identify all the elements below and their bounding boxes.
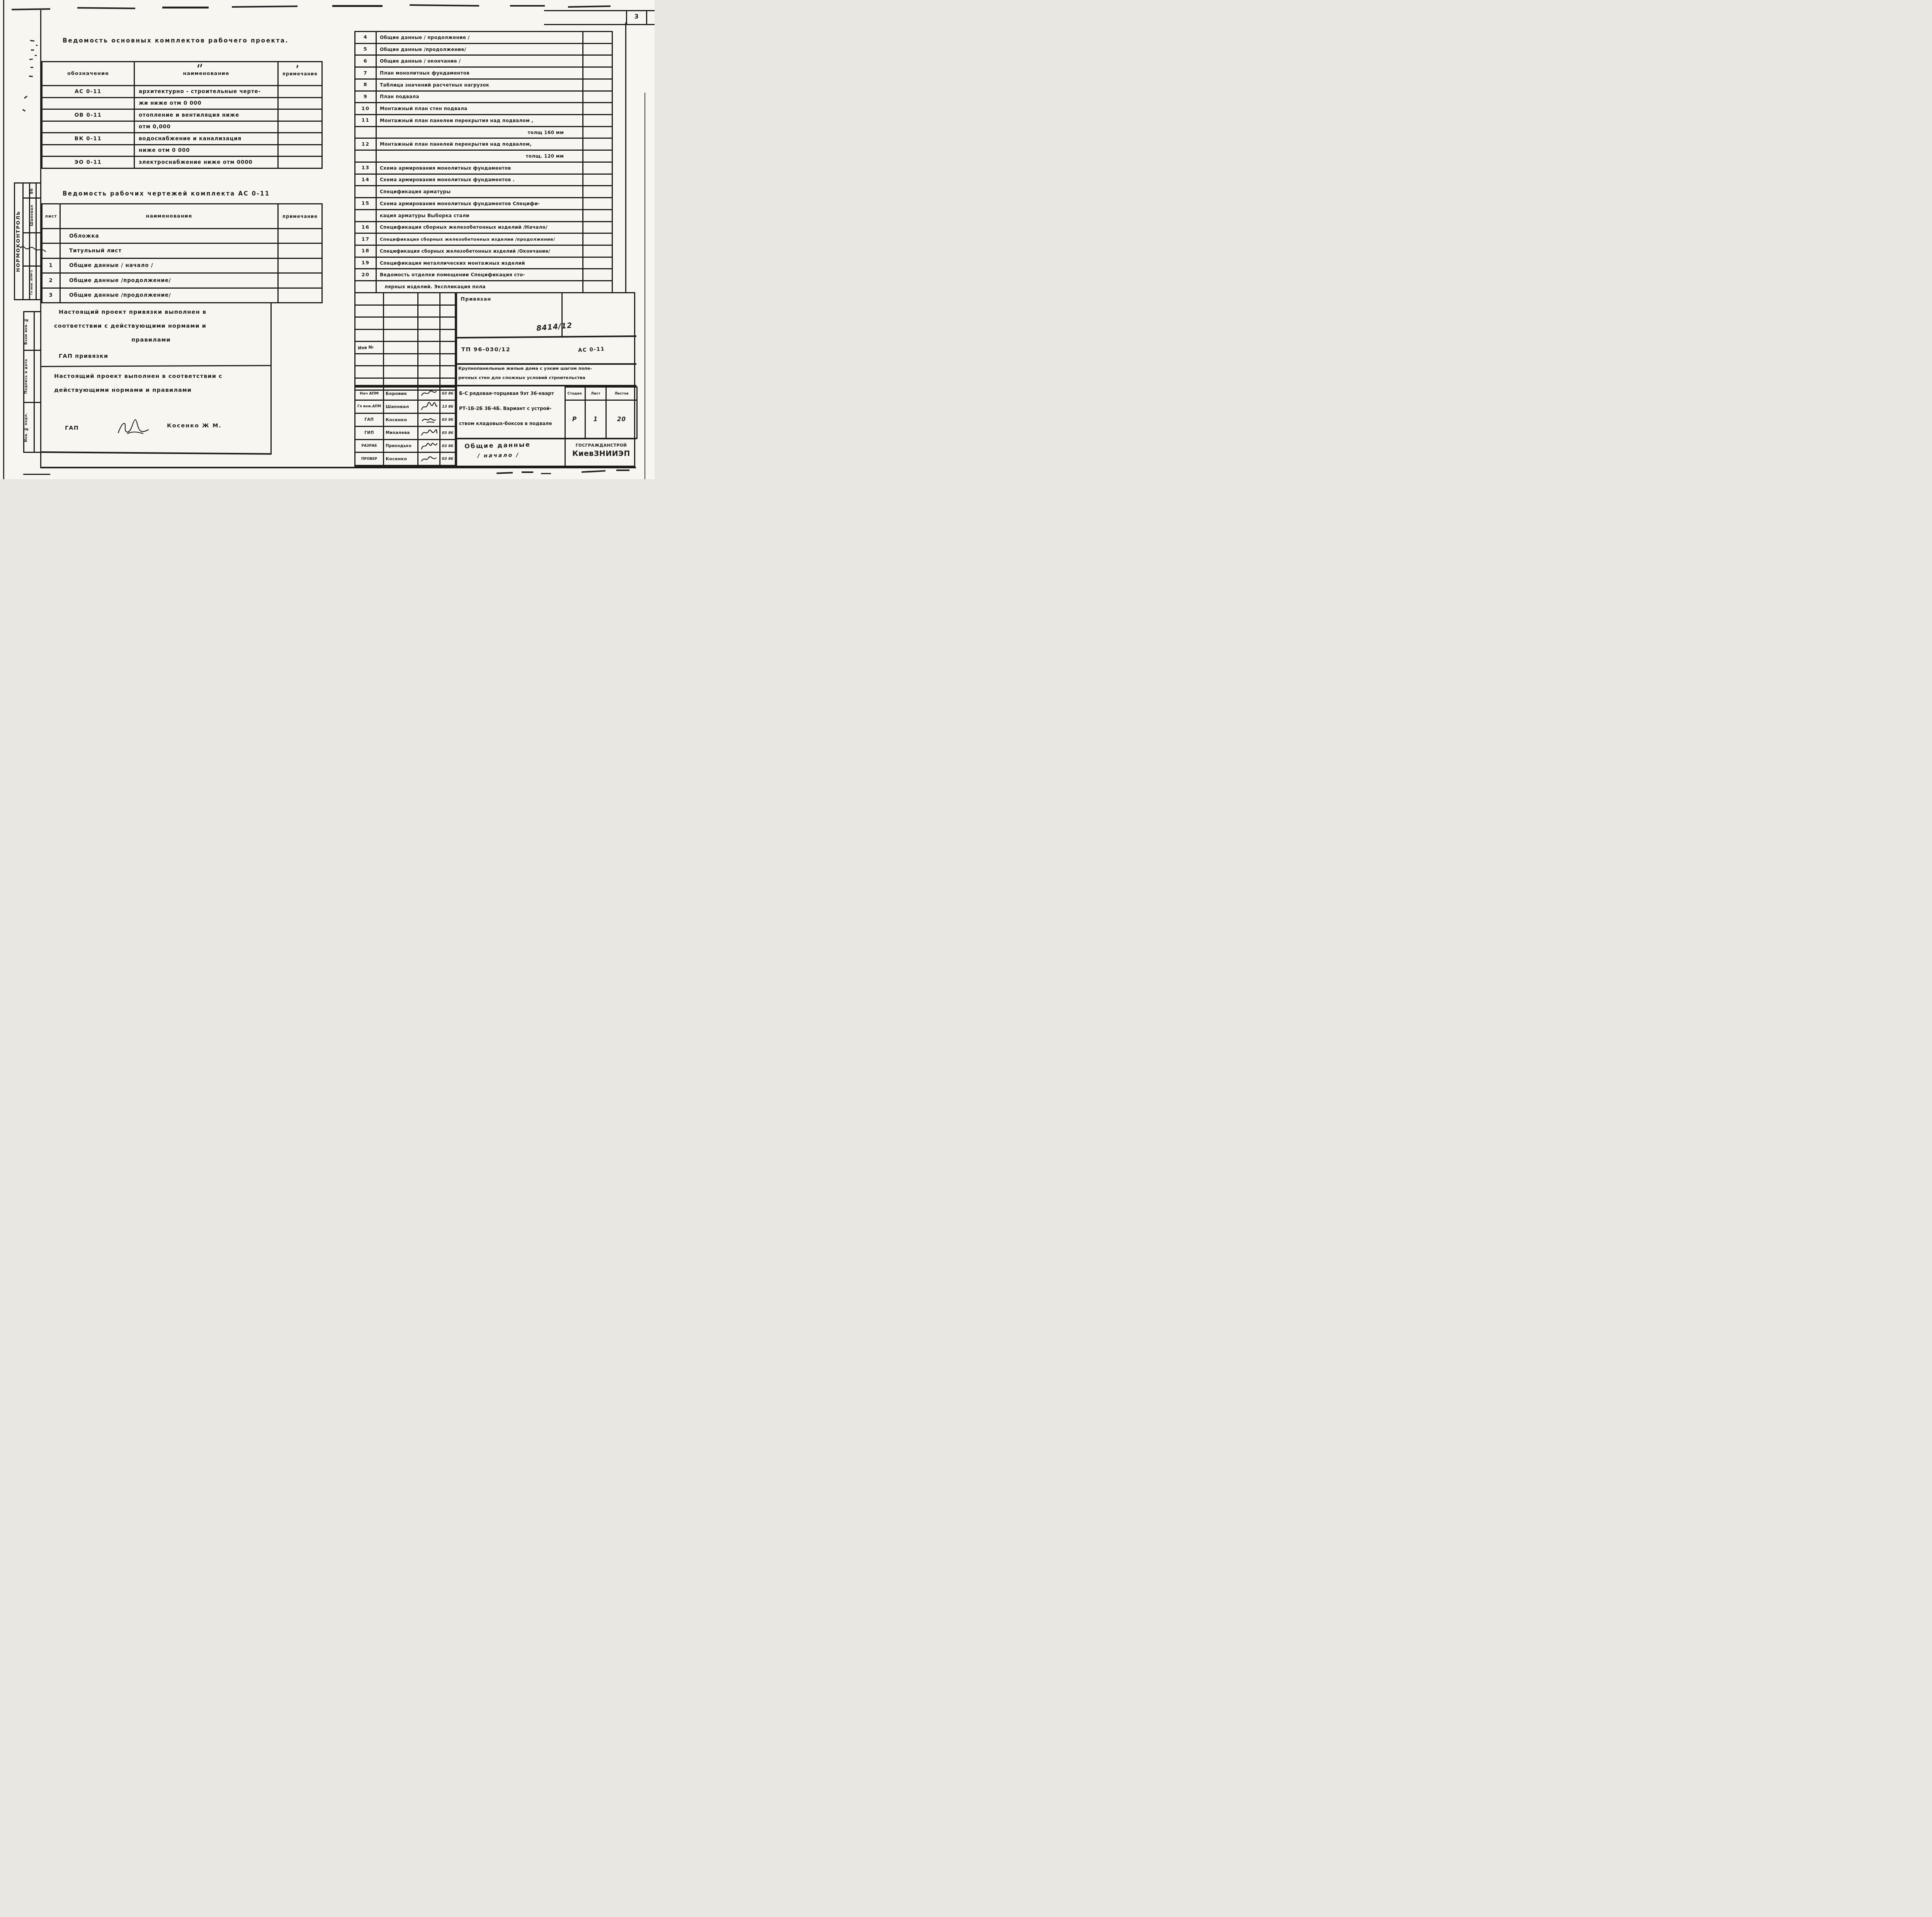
- sig-name: Косенко: [384, 414, 418, 427]
- row-name: Спецификация арматуры: [377, 186, 583, 198]
- sig-name: Боровик: [384, 388, 418, 401]
- sig-name: Шаповал: [384, 401, 418, 414]
- signature-icon: [420, 402, 438, 411]
- row-note: [583, 56, 613, 68]
- row-name: Монтажный план панелей перекрытия над по…: [377, 139, 583, 151]
- kit-note: [279, 133, 323, 145]
- sig-cell: [418, 453, 440, 466]
- sig-name: Михалева: [384, 427, 418, 440]
- kit-note: [279, 157, 323, 169]
- column-header: наименование: [135, 62, 279, 86]
- sheets-total-value: 20: [607, 401, 638, 439]
- row-note: [583, 103, 613, 115]
- kit-name: электроснабжение ниже отм 0000: [135, 157, 279, 169]
- sig-role: РАЗРАБ: [355, 440, 384, 453]
- sheet-note: [279, 289, 323, 303]
- revision-grid: [354, 292, 456, 391]
- stamp-line: [22, 232, 40, 233]
- tb-line: [456, 335, 636, 338]
- row-num: [355, 210, 377, 222]
- row-note: [583, 210, 613, 222]
- scan-artifact: [541, 473, 551, 474]
- row-note: [583, 127, 613, 139]
- row-name: Ведомость отделки помещении Спецификация…: [377, 269, 583, 281]
- scan-artifact: [22, 109, 26, 111]
- row-note: [583, 198, 613, 210]
- row-name: Общие данные /продолжение/: [377, 44, 583, 56]
- sheet-note: [279, 259, 323, 274]
- row-num: 6: [355, 56, 377, 68]
- scan-artifact: [410, 4, 479, 7]
- row-num: [355, 151, 377, 163]
- continuation-table: 4Общие данные / продолжение / 5Общие дан…: [354, 31, 613, 293]
- column-header: лист: [43, 204, 61, 229]
- scan-artifact: [29, 75, 33, 77]
- scan-artifact: [232, 5, 298, 8]
- row-name: лярных изделий. Экспликация пола: [377, 281, 583, 293]
- column-header: примечание: [279, 204, 323, 229]
- corner-line: [544, 24, 655, 25]
- column-header: обозначение: [43, 62, 135, 86]
- row-name: Схема армирования монолитных фундаментов: [377, 163, 583, 175]
- sig-date: 03 86: [440, 453, 456, 466]
- kit-name: ниже отм 0 000: [135, 145, 279, 157]
- sig-role: ПРОВЕР: [355, 453, 384, 466]
- sheet-name: Общие данные /продолжение/: [61, 289, 279, 303]
- row-num: 20: [355, 269, 377, 281]
- sheet-num: 1: [43, 259, 61, 274]
- kit-note: [279, 86, 323, 98]
- row-num: 11: [355, 115, 377, 127]
- tb-line: [456, 363, 636, 365]
- signature-icon: [420, 428, 438, 437]
- row-name: Спецификация сборных железобетонных изде…: [377, 234, 583, 246]
- row-num: 10: [355, 103, 377, 115]
- sheet-name: Обложка: [61, 229, 279, 244]
- sheet-name: Общие данные /продолжение/: [61, 274, 279, 288]
- row-num: 8: [355, 80, 377, 92]
- strip-label: Подпись и дата: [24, 351, 34, 402]
- kit-code: ЭО 0-11: [43, 157, 135, 169]
- sig-cell: [418, 414, 440, 427]
- frame-bottom-line: [40, 467, 636, 468]
- tb-line: [456, 293, 457, 466]
- scan-artifact: [582, 470, 605, 473]
- kits-list-title: Ведомость основных комплектов рабочего п…: [63, 37, 289, 44]
- stage-header: Стадия: [565, 388, 586, 401]
- scan-artifact: [162, 7, 209, 9]
- sheets-list-title: Ведомость рабочих чертежей комплекта АС …: [63, 190, 270, 197]
- row-name: Спецификация металлических монтажных изд…: [377, 258, 583, 270]
- binding-status: Привязан: [461, 296, 491, 302]
- scan-artifact: [616, 469, 629, 471]
- signature-icon: [420, 389, 438, 398]
- column-header: примечание: [279, 62, 323, 86]
- scan-artifact: [77, 7, 135, 9]
- note-box-bottom-line: [41, 451, 272, 455]
- row-num: 13: [355, 163, 377, 175]
- scan-artifact: [332, 5, 383, 7]
- row-num: 14: [355, 175, 377, 187]
- kit-code: АС 0-11: [578, 346, 605, 354]
- inventory-strip-block: Взам инв. № Подпись и дата Инв. № подл.: [23, 311, 41, 453]
- object-line: Б-С рядовая-торцевая 9эт 36-кварт: [459, 391, 554, 396]
- signature-icon: [19, 245, 48, 253]
- normokontrol-block: НОРМОКОНТРОЛЬ 86 Шаповал Гл инж. АПМ-1: [14, 182, 41, 300]
- normokontrol-role: Гл инж. АПМ-1: [30, 267, 36, 298]
- kit-note: [279, 110, 323, 122]
- inventory-number: 8414/12: [536, 321, 573, 333]
- stamp-line: [34, 312, 35, 452]
- kit-code: [43, 122, 135, 134]
- sheet-name: Общие данные / начало /: [61, 259, 279, 274]
- row-num: [355, 127, 377, 139]
- normokontrol-name: Шаповал: [30, 199, 36, 232]
- binding-note-line: соответствии с действующими нормами и: [54, 323, 206, 329]
- kit-code: ВК 0-11: [43, 133, 135, 145]
- row-name: Схема армирования монолитных фундаментов…: [377, 198, 583, 210]
- project-note-line: действующими нормами и правилами: [54, 387, 192, 393]
- stage-grid: Стадия Лист Листов Р 1 20: [565, 386, 638, 439]
- row-name: Общие данные / продолжение /: [377, 32, 583, 44]
- sheet-name: Титульный лист: [61, 244, 279, 259]
- scan-artifact: [31, 49, 34, 51]
- row-num: 4: [355, 32, 377, 44]
- kit-code: АС 0-11: [43, 86, 135, 98]
- sheet-num: 2: [43, 274, 61, 288]
- row-name: кация арматуры Выборка стали: [377, 210, 583, 222]
- column-header: наименование: [61, 204, 279, 229]
- series-line: речных стен для сложных условий строител…: [458, 375, 585, 380]
- row-note: [583, 92, 613, 104]
- row-name: Спецификация сборных железобетонных изде…: [377, 222, 583, 234]
- kit-name: жи ниже отм 0 000: [135, 98, 279, 110]
- scan-artifact: [12, 8, 50, 10]
- row-name: План монолитных фундаментов: [377, 68, 583, 80]
- scan-artifact: [30, 40, 34, 42]
- row-name: Монтажный план панелеи перекрытия над по…: [377, 115, 583, 127]
- kit-code: [43, 98, 135, 110]
- row-num: [355, 281, 377, 293]
- row-note: [583, 186, 613, 198]
- row-name: Схема армирования монолитных фундаментов…: [377, 175, 583, 187]
- scan-artifact: [31, 67, 33, 68]
- sig-date: 03 86: [440, 388, 456, 401]
- signature-icon: [420, 441, 438, 451]
- row-num: 18: [355, 246, 377, 258]
- row-note: [583, 68, 613, 80]
- row-note: [583, 80, 613, 92]
- stage-header: Лист: [586, 388, 607, 401]
- row-num: 19: [355, 258, 377, 270]
- signature-icon: [116, 418, 151, 436]
- kit-note: [279, 98, 323, 110]
- stamp-line: [22, 184, 24, 299]
- row-num: 17: [355, 234, 377, 246]
- sig-role: ГИП: [355, 427, 384, 440]
- kit-code: ОВ 0-11: [43, 110, 135, 122]
- org-name-line: ГОСГРАЖДАНСТРОЙ: [569, 443, 634, 448]
- kit-code: [43, 145, 135, 157]
- org-name-line: КиевЗНИИЭП: [567, 449, 635, 458]
- sheet-note: [279, 244, 323, 259]
- binding-note-line: Настоящий проект привязки выполнен в: [59, 309, 206, 315]
- sheet-note: [279, 274, 323, 288]
- kits-table: обозначение наименование примечание АС 0…: [41, 61, 323, 169]
- sig-cell: [418, 440, 440, 453]
- frame-right-line: [625, 22, 626, 293]
- object-line: РТ-1Б·2Б 3Б·4Б. Вариант с устрой-: [459, 406, 551, 411]
- sheet-title-line: / начало /: [478, 452, 519, 459]
- stage-value: Р: [565, 401, 586, 439]
- sig-date: 13 86: [440, 401, 456, 414]
- kit-note: [279, 145, 323, 157]
- row-name: План подвала: [377, 92, 583, 104]
- sig-name: Косенко: [384, 453, 418, 466]
- sheet-corner-number: 3: [627, 13, 646, 20]
- tb-line: [456, 438, 636, 439]
- corner-line: [646, 10, 647, 25]
- corner-line: [544, 10, 655, 11]
- project-note-name: Косенко Ж М.: [167, 423, 222, 429]
- signature-icon: [420, 455, 438, 463]
- row-num: 15: [355, 198, 377, 210]
- row-note: [583, 281, 613, 293]
- project-note-line: Настоящий проект выполнен в соответствии…: [54, 373, 223, 379]
- kit-name: архитектурно - строительные черте-: [135, 86, 279, 98]
- type-project-code: ТП 96-030/12: [461, 347, 510, 353]
- row-num: [355, 186, 377, 198]
- scan-artifact: [24, 96, 27, 99]
- row-note: [583, 44, 613, 56]
- sheet-value: 1: [586, 401, 607, 439]
- kit-name: водоснабжение и канализация: [135, 133, 279, 145]
- object-line: ством кладовых-боксов в подвале: [459, 421, 552, 426]
- scan-artifact: [35, 55, 37, 56]
- row-name: Общие данные / окончание /: [377, 56, 583, 68]
- sig-role: Нач АПМ: [355, 388, 384, 401]
- kit-name: отопление и вентиляция ниже: [135, 110, 279, 122]
- binding-note-signoff: ГАП привязки: [59, 353, 108, 359]
- scan-artifact: [36, 45, 37, 46]
- scan-artifact: [510, 5, 545, 7]
- sig-name: Приходько: [384, 440, 418, 453]
- row-note: [583, 115, 613, 127]
- sig-date: 03 86: [440, 427, 456, 440]
- kit-name: отм 0,000: [135, 122, 279, 134]
- project-note-role: ГАП: [65, 425, 79, 431]
- title-block: Инв № Привязан 8414/12 ТП 96-030/12 АС 0…: [354, 292, 635, 467]
- sheet-num: 3: [43, 289, 61, 303]
- row-name: толщ. 120 мм: [377, 151, 583, 163]
- sig-cell: [418, 388, 440, 401]
- sig-date: 03 86: [440, 414, 456, 427]
- row-note: [583, 163, 613, 175]
- normokontrol-year: 86: [30, 185, 36, 197]
- strip-label: Взам инв. №: [24, 312, 34, 350]
- row-name: Спецификация сборных железобетонных изде…: [377, 246, 583, 258]
- scan-artifact: [23, 474, 50, 475]
- scan-artifact: [29, 58, 33, 60]
- row-name: Монтажный план стен подвала: [377, 103, 583, 115]
- row-note: [583, 269, 613, 281]
- row-num: 9: [355, 92, 377, 104]
- note-box-divider-line: [41, 365, 272, 367]
- series-line: Крупнопанельные жилые дома с узким шагом…: [458, 366, 592, 371]
- sig-date: 03 86: [440, 440, 456, 453]
- binding-note-line: правилами: [131, 337, 171, 343]
- normokontrol-label: НОРМОКОНТРОЛЬ: [15, 184, 22, 299]
- row-note: [583, 222, 613, 234]
- row-name: Таблица значений расчетных нагрузок: [377, 80, 583, 92]
- strip-label: Инв. № подл.: [24, 403, 34, 452]
- scanned-drawing-sheet: 3 Ведомость основных комплектов рабочего…: [0, 0, 655, 479]
- row-note: [583, 175, 613, 187]
- sheet-note: [279, 229, 323, 244]
- sig-cell: [418, 427, 440, 440]
- scan-artifact: [522, 471, 533, 473]
- row-note: [583, 234, 613, 246]
- row-num: 12: [355, 139, 377, 151]
- page-edge-right: [645, 93, 645, 479]
- scan-artifact: [568, 5, 611, 8]
- signature-grid: Нач АПМ Боровик 03 86 Гл инж.АПМ Шаповал…: [354, 386, 456, 466]
- row-num: 7: [355, 68, 377, 80]
- scan-artifact: [497, 472, 513, 474]
- note-box-right-line: [270, 302, 272, 454]
- sig-role: Гл инж.АПМ: [355, 401, 384, 414]
- row-name: толщ 160 мм: [377, 127, 583, 139]
- page-edge-line: [3, 0, 4, 479]
- row-note: [583, 246, 613, 258]
- row-note: [583, 139, 613, 151]
- row-num: 5: [355, 44, 377, 56]
- signature-icon: [420, 415, 438, 424]
- stage-header: Листов: [607, 388, 638, 401]
- row-note: [583, 258, 613, 270]
- kit-note: [279, 122, 323, 134]
- sig-role: ГАП: [355, 414, 384, 427]
- row-num: 16: [355, 222, 377, 234]
- row-note: [583, 151, 613, 163]
- sig-cell: [418, 401, 440, 414]
- row-note: [583, 32, 613, 44]
- sheet-title-line: Общие данные: [464, 441, 531, 450]
- sheet-num: [43, 229, 61, 244]
- sheets-table: лист наименование примечание Обложка Тит…: [41, 203, 323, 303]
